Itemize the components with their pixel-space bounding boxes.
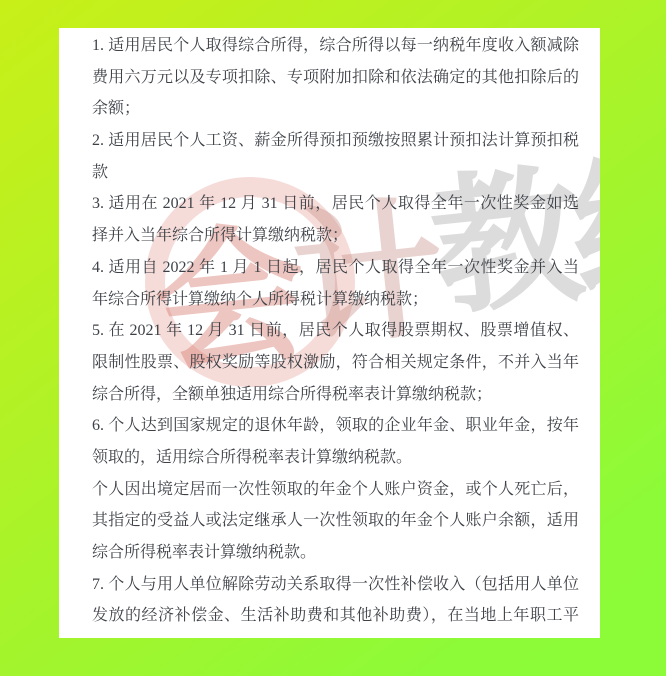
text-line: 4. 适用自 2022 年 1 月 1 日起，居民个人取得全年一次性奖金并入当 (92, 252, 579, 284)
text-line: 年综合所得计算缴纳个人所得税计算缴纳税款； (92, 284, 579, 316)
text-line: 其指定的受益人或法定继承人一次性领取的年金个人账户余额，适用 (92, 505, 579, 537)
text-line: 综合所得，全额单独适用综合所得税率表计算缴纳税款； (92, 379, 579, 411)
text-line: 费用六万元以及专项扣除、专项附加扣除和依法确定的其他扣除后的 (92, 62, 579, 94)
text-line: 款 (92, 157, 579, 189)
text-line: 个人因出境定居而一次性领取的年金个人账户资金，或个人死亡后， (92, 474, 579, 506)
text-line: 3. 适用在 2021 年 12 月 31 日前，居民个人取得全年一次性奖金如选 (92, 188, 579, 220)
document-text: 1. 适用居民个人取得综合所得，综合所得以每一纳税年度收入额减除 费用六万元以及… (59, 28, 600, 632)
text-line: 择并入当年综合所得计算缴纳税款； (92, 220, 579, 252)
text-line: 限制性股票、股权奖励等股权激励，符合相关规定条件，不并入当年 (92, 347, 579, 379)
document-page: 会 计 教 练 1. 适用居民个人取得综合所得，综合所得以每一纳税年度收入额减除… (59, 28, 600, 638)
text-line: 发放的经济补偿金、生活补助费和其他补助费），在当地上年职工平 (92, 600, 579, 632)
text-line: 领取的，适用综合所得税率表计算缴纳税款。 (92, 442, 579, 474)
text-line: 综合所得税率表计算缴纳税款。 (92, 537, 579, 569)
text-line: 7. 个人与用人单位解除劳动关系取得一次性补偿收入（包括用人单位 (92, 569, 579, 601)
green-background: 会 计 教 练 1. 适用居民个人取得综合所得，综合所得以每一纳税年度收入额减除… (0, 0, 666, 676)
text-line: 2. 适用居民个人工资、薪金所得预扣预缴按照累计预扣法计算预扣税 (92, 125, 579, 157)
text-line: 6. 个人达到国家规定的退休年龄，领取的企业年金、职业年金，按年 (92, 410, 579, 442)
text-line: 余额； (92, 93, 579, 125)
text-line: 5. 在 2021 年 12 月 31 日前，居民个人取得股票期权、股票增值权、 (92, 315, 579, 347)
text-line: 1. 适用居民个人取得综合所得，综合所得以每一纳税年度收入额减除 (92, 30, 579, 62)
